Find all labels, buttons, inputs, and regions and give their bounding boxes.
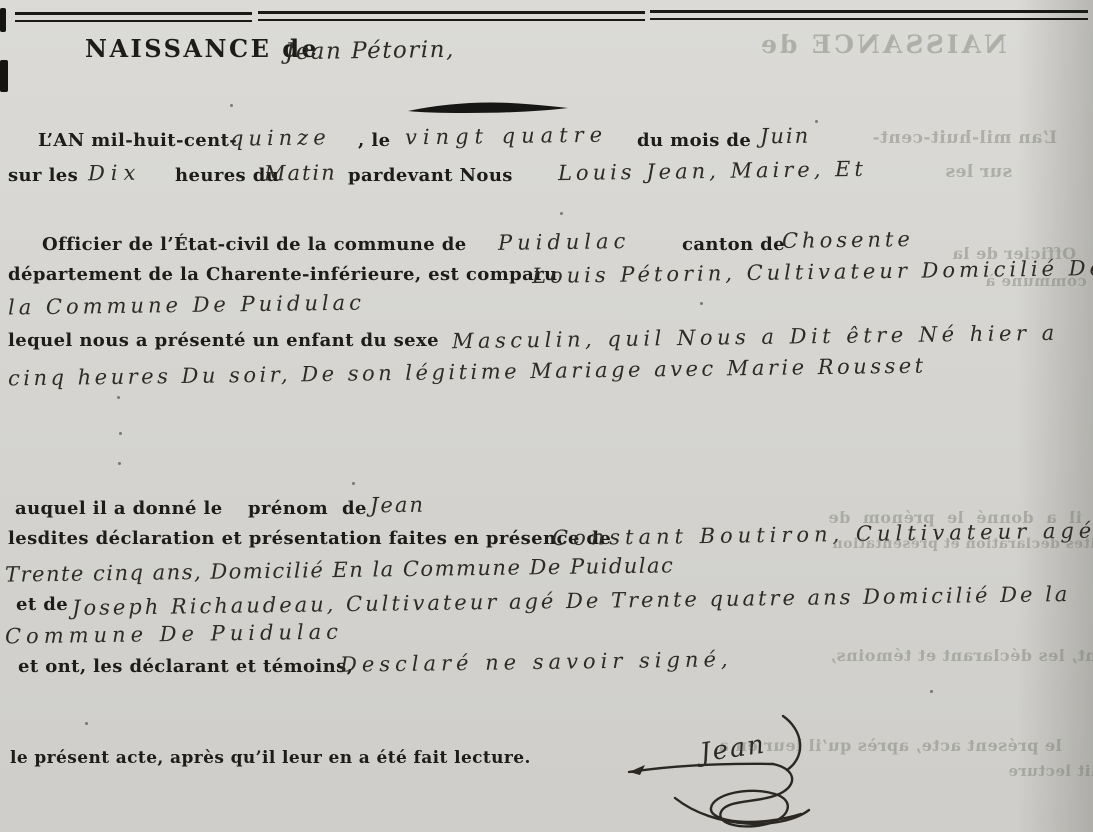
entry-day: vingt quatre [405,123,608,150]
entry-officiant: Louis Jean, Maire, Et [558,157,867,185]
bleed-an-mirrored: L’an mil-huit-cent- [872,128,1057,148]
birth-record-document: NAISSANCE de Jean Pétorin, NAISSANCE de … [0,0,1093,832]
entry-moment: Matin [264,160,337,185]
form-text-prenom-1: auquel il a donné le [15,498,223,519]
form-text-prenom-2: prénom [248,498,328,519]
form-text-temoins: et ont, les déclarant et témoins, [18,656,353,677]
entry-month: Juin [760,124,811,149]
entry-prenom: Jean [370,493,425,518]
paper-speck [119,432,122,435]
top-rule-segment [258,11,645,14]
paper-speck [700,302,703,305]
form-text-officier: Officier de l’État-civil de la commune d… [42,234,467,255]
paper-speck [815,120,818,123]
entry-temoin2: Joseph Richaudeau, Cultivateur agé De Tr… [72,582,1071,620]
bleed-presence-mirrored: lesdites déclaration et présentation [832,536,1093,552]
bleed-commune-mirrored: commune à [985,272,1087,290]
entry-hour: Dix [88,161,142,186]
entry-temoin2-commune: Commune De Puidulac [5,620,343,649]
bleed-surles-mirrored: sur les [945,162,1012,182]
paper-speck [118,462,121,465]
form-text-surles: sur les [8,165,78,186]
form-text-canton: canton de [682,234,785,255]
entry-year: quinze [230,125,331,150]
form-text-year: L’AN mil-huit-cent- [38,130,237,151]
form-text-le: , le [358,130,390,151]
top-rule-segment [258,19,645,21]
paper-speck [352,482,355,485]
entry-child-name-title: Jean Pétorin, [285,37,455,65]
bleed-title-mirrored: NAISSANCE de [758,30,1007,59]
flourish-dash [406,100,571,118]
scan-edge-mark [0,8,6,32]
form-text-etde: et de [16,594,68,615]
scan-edge-mark [0,60,8,92]
form-text-month: du mois de [637,130,751,151]
top-rule-segment [650,18,1088,20]
paper-speck [85,722,88,725]
form-text-departement: département de la Charente-inférieure, e… [8,264,558,285]
form-text-enfant: lequel nous a présenté un enfant du sexe [8,330,439,351]
paper-speck [117,396,120,399]
form-text-lecture: le présent acte, après qu’il leur en a é… [10,748,531,768]
form-text-declaration: lesdites déclaration et présentation fai… [8,528,611,549]
entry-commune: Puidulac [498,229,631,255]
form-text-prenom-3: de [342,498,367,519]
paper-speck [560,212,563,215]
paper-speck [230,104,233,107]
entry-sexe-naissance: Masculin, quil Nous a Dit être Né hier a [452,321,1059,353]
entry-signature-declaration: Desclaré ne savoir signé, [340,647,733,676]
bleed-temoins-mirrored: et ont, les déclarant et témoins, [830,646,1093,665]
entry-temoin1-details: Trente cinq ans, Domicilié En la Commune… [5,553,675,586]
form-text-pardevant: pardevant Nous [348,165,513,186]
top-rule-segment [15,12,252,15]
top-rule-segment [650,10,1088,13]
entry-declarant-commune: la Commune De Puidulac [8,291,365,320]
paper-speck [930,690,933,693]
bleed-lecture2-mirrored: été fait lecture [1008,762,1093,780]
top-rule-segment [15,20,252,22]
entry-canton: Chosente [782,227,914,253]
entry-naissance-details: cinq heures Du soir, De son légitime Mar… [8,354,927,391]
signature-flourish [615,708,815,832]
